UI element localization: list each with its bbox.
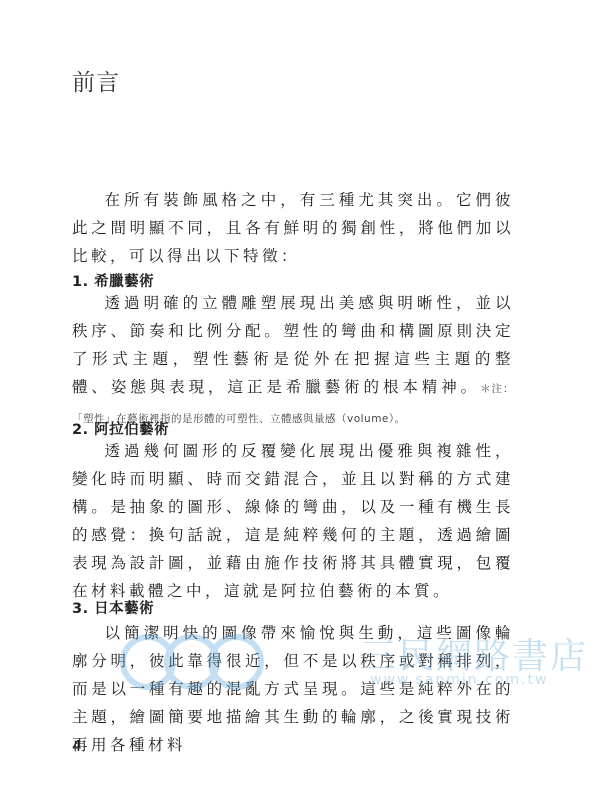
section-body-arabic: 透過幾何圖形的反覆變化展現出優雅與複雜性，變化時而明顯、時而交錯混合，並且以對稱… [72,437,514,605]
page-title: 前言 [72,64,120,97]
section-heading-arabic: 2. 阿拉伯藝術 [72,418,169,439]
section-text-greek: 透過明確的立體雕塑展現出美感與明晰性，並以秩序、節奏和比例分配。塑性的彎曲和構圖… [72,294,514,396]
section-body-japanese: 以簡潔明快的圖像帶來愉悅與生動，這些圖像輪廓分明，彼此靠得很近，但不是以秩序或對… [72,619,514,759]
section-heading-greek: 1. 希臘藝術 [72,270,154,291]
section-heading-japanese: 3. 日本藝術 [72,597,154,618]
book-page: 前言 在所有裝飾風格之中，有三種尤其突出。它們彼此之間明顯不同，且各有鮮明的獨創… [0,0,596,800]
intro-text: 在所有裝飾風格之中，有三種尤其突出。它們彼此之間明顯不同，且各有鮮明的獨創性，將… [72,191,514,265]
section-text-japanese: 以簡潔明快的圖像帶來愉悅與生動，這些圖像輪廓分明，彼此靠得很近，但不是以秩序或對… [72,624,514,754]
page-number: 4 [72,737,82,755]
section-text-arabic: 透過幾何圖形的反覆變化展現出優雅與複雜性，變化時而明顯、時而交錯混合，並且以對稱… [72,442,514,600]
intro-paragraph: 在所有裝飾風格之中，有三種尤其突出。它們彼此之間明顯不同，且各有鮮明的獨創性，將… [72,186,514,270]
section-body-greek: 透過明確的立體雕塑展現出美感與明晰性，並以秩序、節奏和比例分配。塑性的彎曲和構圖… [72,289,514,433]
